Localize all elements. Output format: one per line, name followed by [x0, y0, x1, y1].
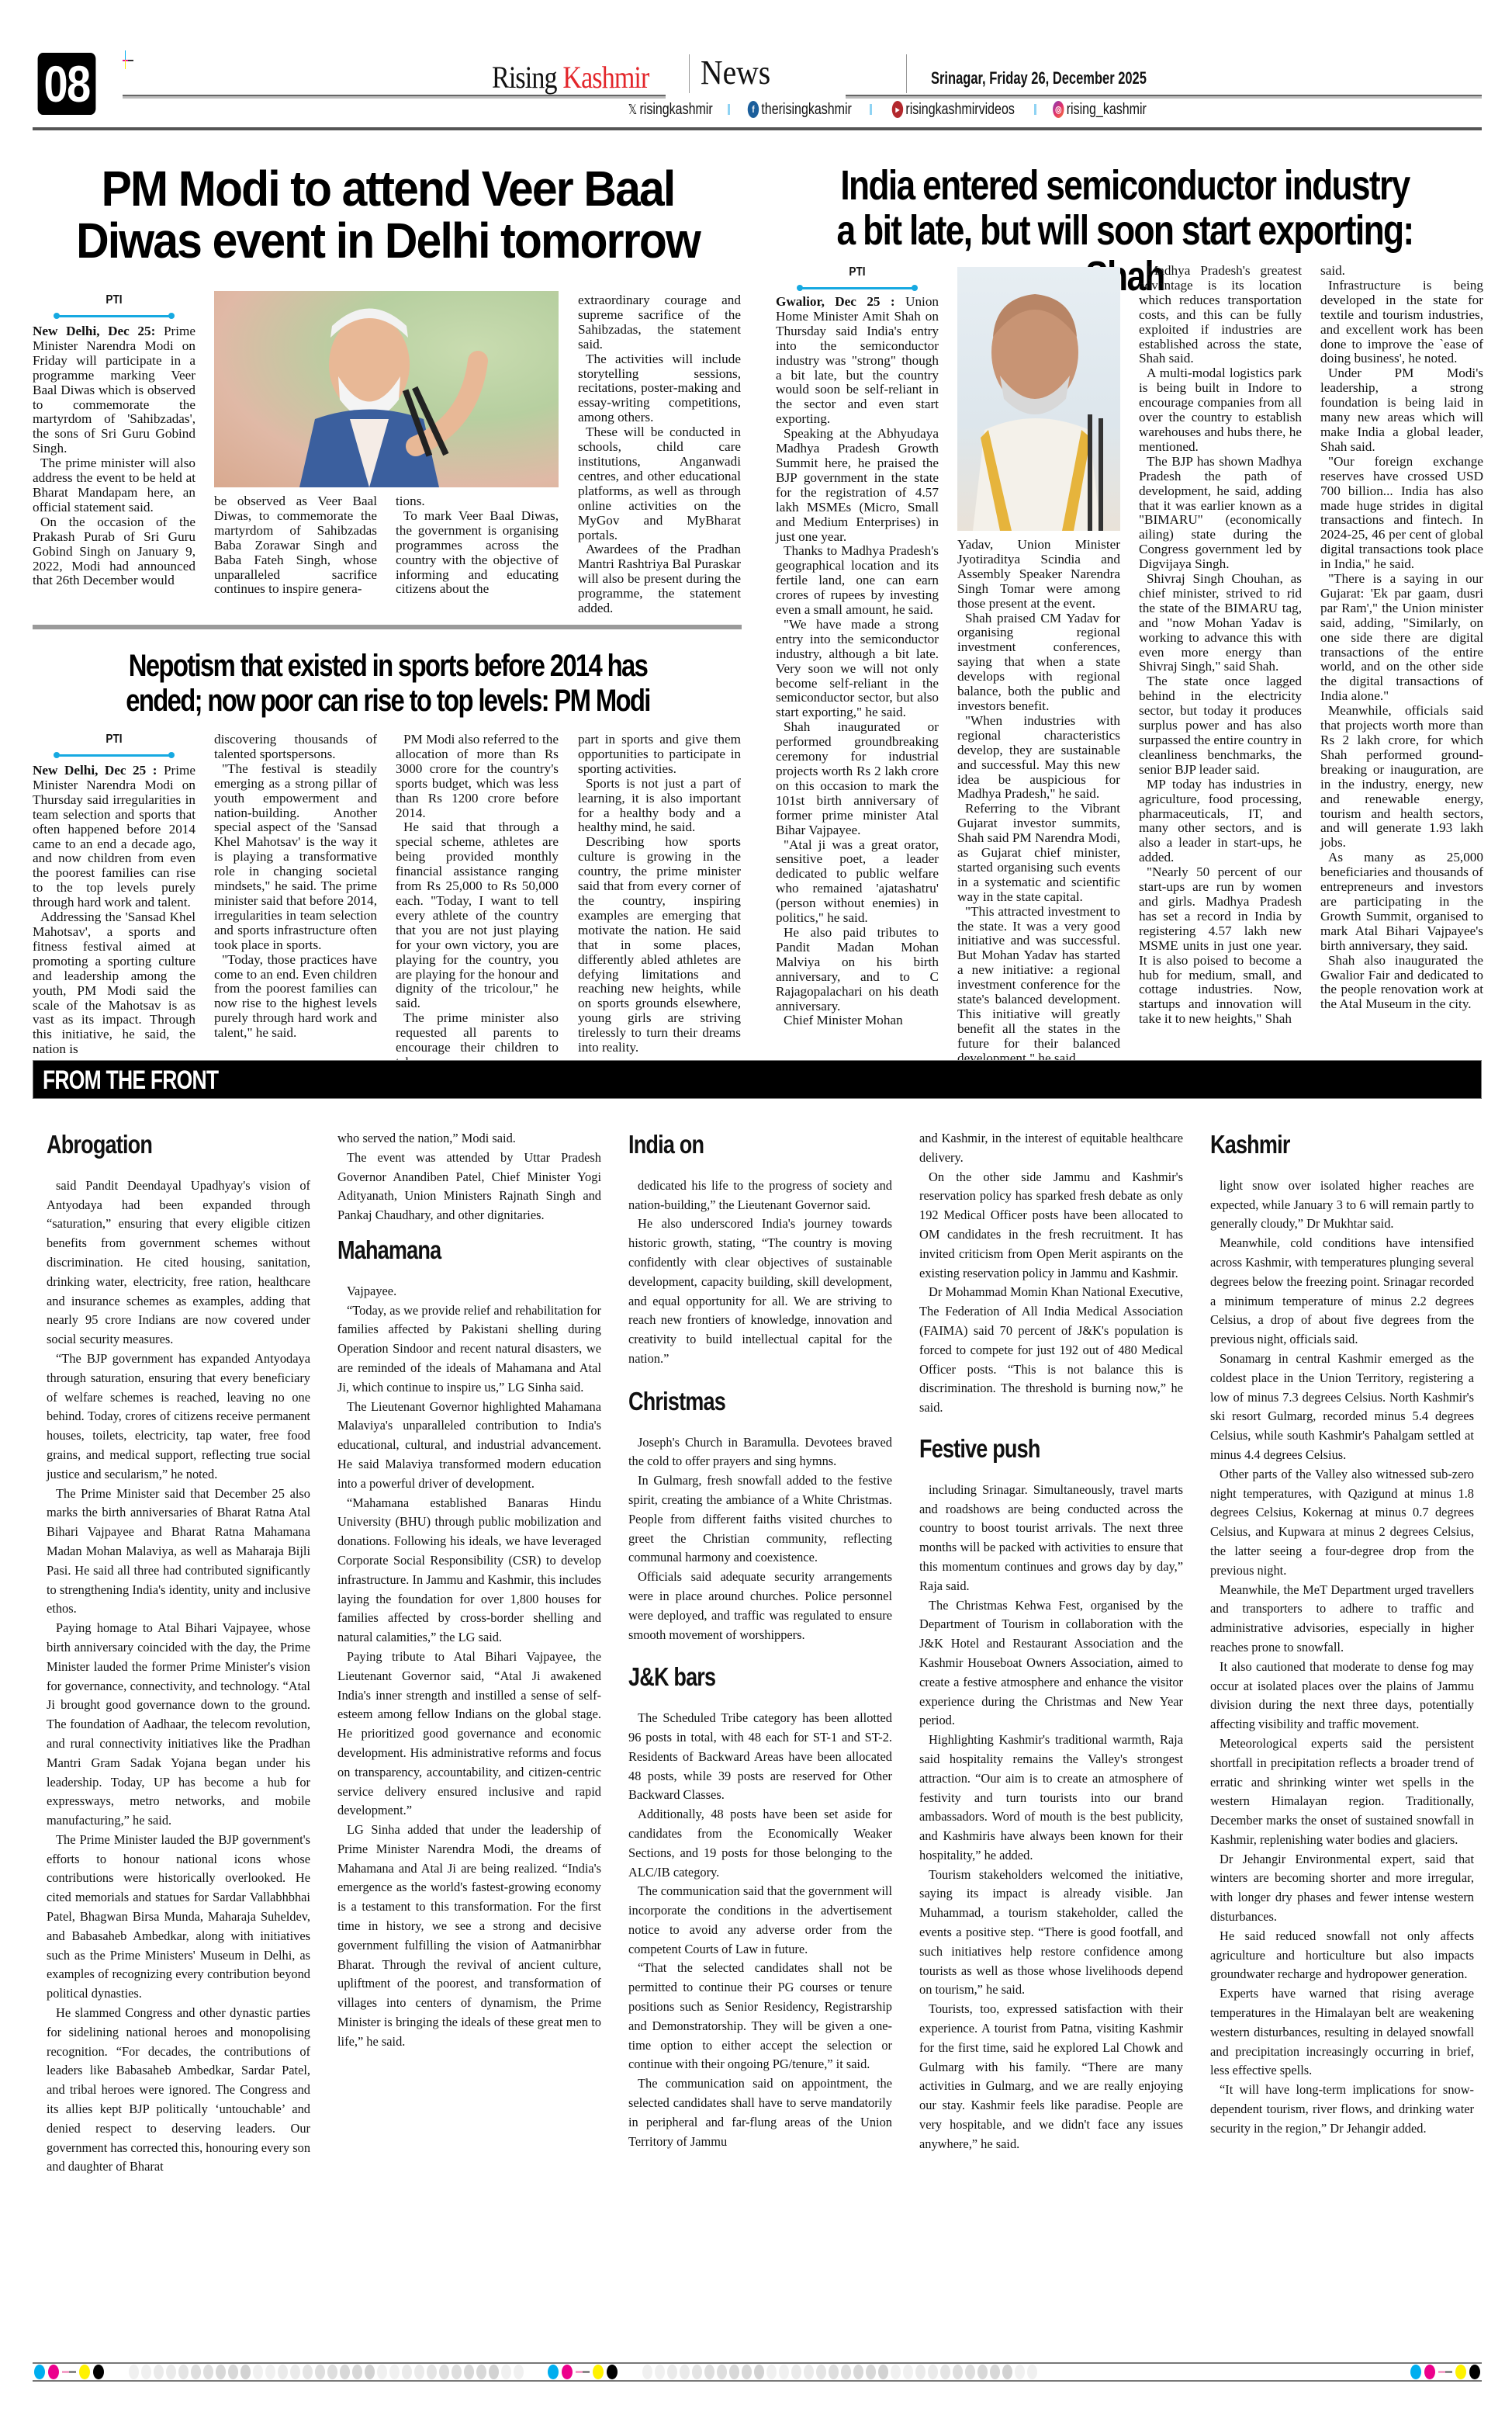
brand-rising: Rising	[492, 60, 557, 95]
gray-patch	[754, 2365, 764, 2379]
photo-amit-shah	[957, 267, 1120, 531]
header-rule	[33, 127, 1482, 130]
portrait-illustration	[957, 267, 1120, 531]
paragraph: Paying homage to Atal Bihari Vajpayee, w…	[47, 1619, 310, 1831]
gray-patch	[891, 2365, 901, 2379]
paragraph: “That the selected candidates shall not …	[628, 1959, 892, 2074]
paragraph: “It will have long-term implications for…	[1210, 2081, 1474, 2138]
social-separator	[870, 104, 872, 115]
paragraph: “Today, as we provide relief and rehabil…	[337, 1301, 601, 1398]
registration-mark-icon	[576, 2365, 590, 2379]
gray-patch	[427, 2365, 437, 2379]
section-title: News	[701, 53, 770, 92]
article-column: tions. To mark Veer Baal Diwas, the gove…	[396, 494, 559, 597]
dateline-lead: New Delhi, Dec 25:	[33, 324, 155, 338]
paragraph: Other parts of the Valley also witnessed…	[1210, 1465, 1474, 1581]
gray-patch	[203, 2365, 213, 2379]
gray-patch	[166, 2365, 176, 2379]
article-column: be observed as Veer Baal Diwas, to comme…	[214, 494, 377, 597]
paragraph: discovering thousands of talented sports…	[214, 733, 377, 762]
paragraph: Meanwhile, the MeT Department urged trav…	[1210, 1581, 1474, 1658]
subhead-kashmir: Kashmir	[1210, 1135, 1427, 1155]
gray-patch	[303, 2365, 313, 2379]
gray-patch	[729, 2365, 739, 2379]
paragraph: Paying tribute to Atal Bihari Vajpayee, …	[337, 1648, 601, 1821]
gray-patch	[1015, 2365, 1025, 2379]
front-column-abrogation: Abrogation said Pandit Deendayal Upadhya…	[47, 1129, 310, 2177]
subhead-mahamana: Mahamana	[337, 1241, 554, 1260]
gray-patch	[953, 2365, 963, 2379]
gray-patch	[1027, 2365, 1037, 2379]
gray-patch	[278, 2365, 288, 2379]
photo-narendra-modi	[214, 291, 559, 487]
paragraph: The Prime Minister said that December 25…	[47, 1485, 310, 1620]
social-handle: risingkashmirvideos	[905, 101, 1015, 119]
gray-ramp	[641, 2365, 1038, 2379]
paragraph: Shah inaugurated or performed groundbrea…	[776, 720, 939, 837]
paragraph: "When industries with regional character…	[957, 714, 1120, 802]
social-separator	[728, 104, 730, 115]
gray-patch	[667, 2365, 677, 2379]
gray-patch	[692, 2365, 702, 2379]
paragraph: A multi-modal logistics park is being bu…	[1139, 366, 1302, 454]
gray-patch	[903, 2365, 913, 2379]
paragraph: MP today has industries in agriculture, …	[1139, 778, 1302, 865]
paragraph: The Scheduled Tribe category has been al…	[628, 1709, 892, 1805]
gray-ramp	[127, 2365, 524, 2379]
paragraph: Infrastructure is being developed in the…	[1320, 279, 1483, 366]
front-column-india-on: India on dedicated his life to the progr…	[628, 1129, 892, 2151]
paragraph: Chief Minister Mohan	[776, 1014, 939, 1028]
paragraph: “Mahamana established Banaras Hindu Univ…	[337, 1494, 601, 1648]
gray-patch	[804, 2365, 814, 2379]
paragraph: As many as 25,000 beneficiaries and thou…	[1320, 851, 1483, 953]
gray-patch	[352, 2365, 362, 2379]
paragraph: Tourism stakeholders welcomed the initia…	[919, 1866, 1183, 2001]
paragraph: said Pandit Deendayal Upadhyay's vision …	[47, 1176, 310, 1350]
paragraph: dedicated his life to the progress of so…	[628, 1176, 892, 1215]
paragraph: The communication said on appointment, t…	[628, 2074, 892, 2151]
paragraph: He said reduced snowfall not only affect…	[1210, 1927, 1474, 1984]
paragraph: The event was attended by Uttar Pradesh …	[337, 1149, 601, 1225]
paragraph: The Christmas Kehwa Fest, organised by t…	[919, 1596, 1183, 1731]
article-column: New Delhi, Dec 25 : Prime Minister Naren…	[33, 764, 195, 1057]
gray-patch	[228, 2365, 238, 2379]
registration-mark-icon	[62, 2365, 76, 2379]
headline-veer-baal-diwas: PM Modi to attend Veer Baal Diwas event …	[60, 163, 716, 266]
process-color-patches	[546, 2365, 619, 2379]
gray-patch	[315, 2365, 325, 2379]
color-patch	[79, 2365, 90, 2379]
headline-nepotism-sports: Nepotism that existed in sports before 2…	[95, 649, 680, 719]
gray-patch	[327, 2365, 337, 2379]
dateline-lead: Gwalior, Dec 25 :	[776, 294, 895, 309]
paragraph: On the other side Jammu and Kashmir's re…	[919, 1168, 1183, 1284]
gray-patch	[915, 2365, 926, 2379]
paragraph: "Atal ji was a great orator, sensitive p…	[776, 838, 939, 926]
paragraph: To mark Veer Baal Diwas, the government …	[396, 509, 559, 597]
subhead-india-on: India on	[628, 1135, 845, 1155]
paragraph: The activities will include storytelling…	[578, 352, 741, 426]
social-youtube[interactable]: ▸ risingkashmirvideos	[891, 101, 1014, 119]
byline: PTI	[45, 733, 184, 747]
front-column-kashmir: Kashmir light snow over isolated higher …	[1210, 1129, 1474, 2139]
social-facebook[interactable]: f therisingkashmir	[748, 101, 852, 119]
byline-rule	[56, 315, 172, 317]
color-patch	[48, 2365, 59, 2379]
gray-patch	[680, 2365, 690, 2379]
gray-patch	[766, 2365, 777, 2379]
article-column: Madhya Pradesh's greatest advantage is i…	[1139, 264, 1302, 1027]
social-handles: 𝕏 risingkashmir f therisingkashmir ▸ ris…	[0, 98, 1512, 121]
paragraph: Dr Mohammad Momin Khan National Executiv…	[919, 1283, 1183, 1418]
front-column-mahamana: who served the nation,” Modi said. The e…	[337, 1129, 601, 2052]
gray-patch	[365, 2365, 375, 2379]
paragraph: He slammed Congress and other dynastic p…	[47, 2004, 310, 2177]
paragraph: Speaking at the Abhyudaya Madhya Pradesh…	[776, 427, 939, 544]
process-color-patches	[1409, 2365, 1482, 2379]
paragraph: "Today, those practices have come to an …	[214, 953, 377, 1041]
gray-patch	[402, 2365, 412, 2379]
gray-patch	[928, 2365, 938, 2379]
gray-patch	[253, 2365, 263, 2379]
gray-patch	[655, 2365, 665, 2379]
paragraph: Dr Jehangir Environmental expert, said t…	[1210, 1850, 1474, 1927]
paragraph: Describing how sports culture is growing…	[578, 835, 741, 1055]
paragraph: Meteorological experts said the persiste…	[1210, 1734, 1474, 1850]
color-patch	[34, 2365, 45, 2379]
x-icon: 𝕏	[628, 102, 637, 118]
byline-block: PTI	[776, 265, 939, 296]
paragraph: Sports is not just a part of learning, i…	[578, 777, 741, 836]
paragraph: Highlighting Kashmir's traditional warmt…	[919, 1731, 1183, 1866]
subhead-christmas: Christmas	[628, 1392, 845, 1412]
paragraph: He said that through a special scheme, a…	[396, 820, 559, 1011]
paragraph: Under PM Modi's leadership, a strong fou…	[1320, 366, 1483, 454]
gray-patch	[791, 2365, 801, 2379]
gray-patch	[439, 2365, 449, 2379]
color-patch	[1410, 2365, 1421, 2379]
paragraph: Meanwhile, officials said that projects …	[1320, 704, 1483, 851]
byline-rule	[799, 287, 915, 289]
paragraph: said.	[1320, 264, 1483, 279]
paragraph: tions.	[396, 494, 559, 509]
byline-rule	[56, 754, 172, 757]
dateline: Srinagar, Friday 26, December 2025	[931, 68, 1147, 88]
section-divider	[33, 625, 742, 629]
paragraph: He also underscored India's journey towa…	[628, 1214, 892, 1368]
paragraph: Yadav, Union Minister Jyotiraditya Scind…	[957, 538, 1120, 612]
subhead-abrogation: Abrogation	[47, 1135, 263, 1155]
paragraph: Thanks to Madhya Pradesh's geographical …	[776, 544, 939, 618]
front-column-festive-push: and Kashmir, in the interest of equitabl…	[919, 1129, 1183, 2154]
from-the-front-banner: FROM THE FRONT	[33, 1060, 1482, 1099]
color-patch	[562, 2365, 573, 2379]
brand-kashmir: Kashmir	[562, 60, 649, 95]
color-patch	[593, 2365, 604, 2379]
article-column: New Delhi, Dec 25: Prime Minister Narend…	[33, 324, 195, 588]
paragraph: The BJP has shown Madhya Pradesh the pat…	[1139, 455, 1302, 572]
social-x[interactable]: 𝕏 risingkashmir	[628, 101, 712, 119]
paragraph: The communication said that the governme…	[628, 1882, 892, 1959]
social-handle: rising_kashmir	[1067, 101, 1147, 119]
paragraph: The Prime Minister lauded the BJP govern…	[47, 1831, 310, 2004]
gray-patch	[452, 2365, 462, 2379]
color-patch	[1469, 2365, 1480, 2379]
color-patch	[607, 2365, 618, 2379]
paragraph: Experts have warned that rising average …	[1210, 1984, 1474, 2081]
gray-patch	[377, 2365, 387, 2379]
dateline-lead: New Delhi, Dec 25 :	[33, 763, 157, 778]
gray-patch	[742, 2365, 752, 2379]
gray-patch	[414, 2365, 424, 2379]
masthead-divider	[906, 54, 907, 93]
paragraph: Sonamarg in central Kashmir emerged as t…	[1210, 1350, 1474, 1465]
print-color-bar	[33, 2362, 1482, 2382]
gray-patch	[704, 2365, 714, 2379]
gray-patch	[154, 2365, 164, 2379]
paragraph: It also cautioned that moderate to dense…	[1210, 1658, 1474, 1734]
paragraph: “The BJP government has expanded Antyoda…	[47, 1350, 310, 1485]
paragraph: and Kashmir, in the interest of equitabl…	[919, 1129, 1183, 1168]
registration-mark-icon	[1438, 2365, 1452, 2379]
paragraph: extraordinary courage and supreme sacrif…	[578, 293, 741, 352]
gray-patch	[501, 2365, 511, 2379]
paragraph: "We have made a strong entry into the se…	[776, 618, 939, 720]
paragraph: Awardees of the Pradhan Mantri Rashtriya…	[578, 542, 741, 616]
paragraph: Referring to the Vibrant Gujarat investo…	[957, 802, 1120, 904]
facebook-icon: f	[748, 101, 759, 118]
paragraph: light snow over isolated higher reaches …	[1210, 1176, 1474, 1234]
gray-patch	[853, 2365, 863, 2379]
article-column: part in sports and give them opportuniti…	[578, 733, 741, 1055]
subhead-festive-push: Festive push	[919, 1440, 1136, 1459]
byline-block: PTI	[33, 733, 195, 763]
paragraph: Shah also inaugurated the Gwalior Fair a…	[1320, 954, 1483, 1013]
article-column: Gwalior, Dec 25 : Union Home Minister Am…	[776, 295, 939, 1028]
subhead-jk-bars: J&K bars	[628, 1668, 845, 1687]
gray-patch	[841, 2365, 851, 2379]
gray-patch	[240, 2365, 251, 2379]
paragraph: Meanwhile, cold conditions have intensif…	[1210, 1234, 1474, 1350]
gray-patch	[290, 2365, 300, 2379]
paragraph: Additionally, 48 posts have been set asi…	[628, 1805, 892, 1882]
paragraph: The prime minister will also address the…	[33, 456, 195, 515]
from-the-front-title: FROM THE FRONT	[43, 1066, 218, 1096]
paragraph: In Gulmarg, fresh snowfall added to the …	[628, 1471, 892, 1568]
gray-patch	[464, 2365, 474, 2379]
social-handle: risingkashmir	[639, 101, 712, 119]
article-column: discovering thousands of talented sports…	[214, 733, 377, 1041]
paragraph: who served the nation,” Modi said.	[337, 1129, 601, 1149]
gray-patch	[779, 2365, 789, 2379]
paragraph: Madhya Pradesh's greatest advantage is i…	[1139, 264, 1302, 366]
paragraph: These will be conducted in schools, chil…	[578, 425, 741, 542]
byline-block: PTI	[33, 293, 195, 324]
paragraph: Union Home Minister Amit Shah on Thursda…	[776, 294, 939, 426]
byline: PTI	[788, 265, 927, 279]
paragraph: Shivraj Singh Chouhan, as chief minister…	[1139, 572, 1302, 674]
gray-patch	[1002, 2365, 1012, 2379]
color-patch	[548, 2365, 559, 2379]
byline: PTI	[45, 293, 184, 307]
masthead: Rising Kashmir News Srinagar, Friday 26,…	[123, 53, 1482, 96]
color-patch	[93, 2365, 104, 2379]
paragraph: Prime Minister Narendra Modi on Friday w…	[33, 324, 195, 456]
article-column: said. Infrastructure is being developed …	[1320, 264, 1483, 1012]
paragraph: On the occasion of the Prakash Purab of …	[33, 515, 195, 589]
paragraph: "This attracted investment to the state.…	[957, 905, 1120, 1066]
social-handle: therisingkashmir	[761, 101, 851, 119]
paragraph: "Nearly 50 percent of our start-ups are …	[1139, 865, 1302, 1027]
paragraph: Prime Minister Narendra Modi on Thursday…	[33, 763, 195, 910]
color-patch	[1424, 2365, 1435, 2379]
gray-patch	[129, 2365, 139, 2379]
paragraph: Tourists, too, expressed satisfaction wi…	[919, 2000, 1183, 2154]
gray-patch	[191, 2365, 201, 2379]
paragraph: "Our foreign exchange reserves have cros…	[1320, 455, 1483, 572]
gray-patch	[489, 2365, 499, 2379]
paragraph: including Srinagar. Simultaneously, trav…	[919, 1481, 1183, 1596]
gray-patch	[178, 2365, 189, 2379]
paragraph: Officials said adequate security arrange…	[628, 1568, 892, 1644]
gray-patch	[514, 2365, 524, 2379]
paragraph: LG Sinha added that under the leadership…	[337, 1821, 601, 2052]
article-column: Yadav, Union Minister Jyotiraditya Scind…	[957, 538, 1120, 1066]
social-separator	[1034, 104, 1036, 115]
paragraph: Addressing the 'Sansad Khel Mahotsav', a…	[33, 910, 195, 1057]
gray-patch	[340, 2365, 350, 2379]
color-patch	[1455, 2365, 1466, 2379]
paragraph: "There is a saying in our Gujarat: 'Ek p…	[1320, 572, 1483, 704]
masthead-divider	[689, 54, 690, 93]
gray-patch	[990, 2365, 1000, 2379]
gray-patch	[866, 2365, 876, 2379]
paragraph: PM Modi also referred to the allocation …	[396, 733, 559, 820]
process-color-patches	[33, 2365, 106, 2379]
gray-patch	[717, 2365, 727, 2379]
gray-patch	[389, 2365, 400, 2379]
gray-patch	[216, 2365, 226, 2379]
gray-patch	[141, 2365, 151, 2379]
paragraph: Shah praised CM Yadav for organising reg…	[957, 612, 1120, 714]
social-instagram[interactable]: ◎ rising_kashmir	[1053, 101, 1147, 119]
paragraph: Joseph's Church in Baramulla. Devotees b…	[628, 1433, 892, 1472]
gray-patch	[265, 2365, 275, 2379]
paragraph: Vajpayee.	[337, 1282, 601, 1301]
gray-patch	[878, 2365, 888, 2379]
gray-patch	[977, 2365, 988, 2379]
article-column: extraordinary courage and supreme sacrif…	[578, 293, 741, 616]
paragraph: He also paid tributes to Pandit Madan Mo…	[776, 926, 939, 1014]
paragraph: part in sports and give them opportuniti…	[578, 733, 741, 777]
gray-patch	[642, 2365, 652, 2379]
portrait-illustration	[214, 291, 559, 487]
instagram-icon: ◎	[1053, 101, 1064, 118]
brand-logo: Rising Kashmir	[492, 59, 649, 95]
gray-patch	[829, 2365, 839, 2379]
paragraph: "The festival is steadily emerging as a …	[214, 762, 377, 953]
gray-patch	[940, 2365, 950, 2379]
gray-patch	[965, 2365, 975, 2379]
paragraph: The Lieutenant Governor highlighted Maha…	[337, 1398, 601, 1494]
gray-patch	[476, 2365, 486, 2379]
paragraph: be observed as Veer Baal Diwas, to comme…	[214, 494, 377, 597]
youtube-icon: ▸	[891, 101, 902, 118]
article-column: PM Modi also referred to the allocation …	[396, 733, 559, 1070]
gray-patch	[816, 2365, 826, 2379]
paragraph: The state once lagged behind in the elec…	[1139, 674, 1302, 777]
